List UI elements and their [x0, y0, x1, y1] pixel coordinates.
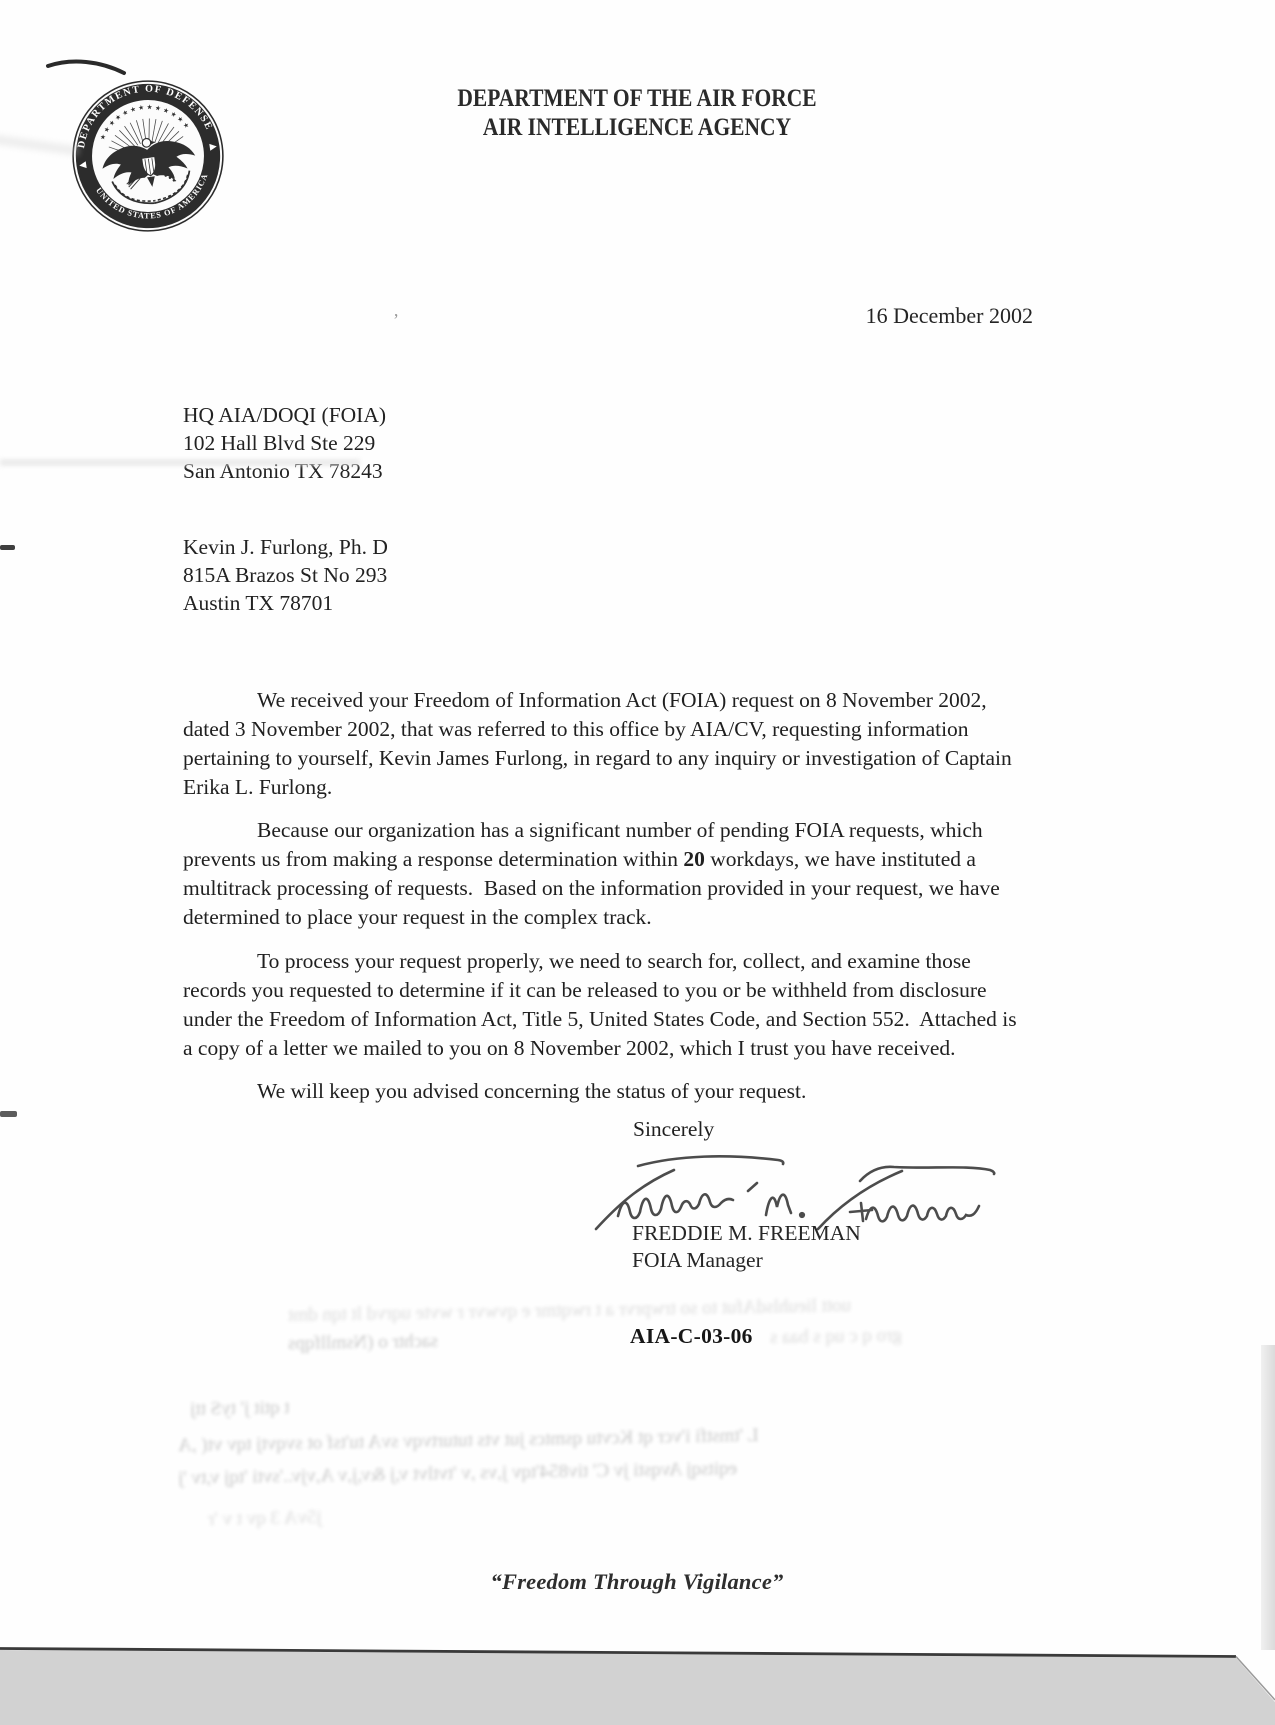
letter-date: 16 December 2002 — [793, 303, 1033, 329]
scan-smudge — [0, 134, 80, 156]
body-line: dated 3 November 2002, that was referred… — [183, 715, 1183, 744]
bleedthrough-artifact: L 'tmstfi i'vcr qt Kcvtu qsmtcs jut vts … — [178, 1425, 759, 1457]
department-of-defense-seal: DEPARTMENT OF DEFENSE UNITED STATES OF A… — [70, 78, 226, 234]
requester-address-line: Austin TX 78701 — [183, 589, 388, 617]
body-line: prevents us from making a response deter… — [183, 845, 1183, 874]
signer-title: FOIA Manager — [632, 1247, 861, 1274]
scan-pen-mark — [44, 56, 134, 82]
office-address-line: 102 Hall Blvd Ste 229 — [183, 429, 386, 457]
bleedthrough-artifact: gro q c uq s baa s — [770, 1325, 902, 1349]
bleedthrough-artifact: sachtr o (Nsmllfqps — [288, 1331, 438, 1356]
letterhead-line-1: DEPARTMENT OF THE AIR FORCE — [379, 84, 895, 113]
signer-name: FREDDIE M. FREEMAN — [632, 1220, 861, 1247]
letter-body: We received your Freedom of Information … — [183, 671, 1183, 1121]
body-line-segment: prevents us from making a response deter… — [183, 847, 683, 871]
requester-address-line: 815A Brazos St No 293 — [183, 561, 388, 589]
scanner-bed-area — [0, 1642, 1275, 1725]
body-line: under the Freedom of Information Act, Ti… — [183, 1005, 1183, 1034]
signature-block: FREDDIE M. FREEMAN FOIA Manager — [632, 1220, 861, 1274]
body-line: records you requested to determine if it… — [183, 976, 1183, 1005]
body-line-segment: workdays, we have instituted a — [705, 847, 976, 871]
body-line: determined to place your request in the … — [183, 903, 1183, 932]
bleedthrough-artifact: t qtit j' tyS ttj — [190, 1397, 290, 1421]
body-line: Because our organization has a significa… — [183, 816, 1183, 845]
closing-sincerely: Sincerely — [633, 1115, 714, 1144]
office-address-block: HQ AIA/DOQI (FOIA) 102 Hall Blvd Ste 229… — [183, 401, 386, 485]
requester-address-line: Kevin J. Furlong, Ph. D — [183, 533, 388, 561]
body-line: Erika L. Furlong. — [183, 773, 1183, 802]
body-line: multitrack processing of requests. Based… — [183, 874, 1183, 903]
scan-speck: ’ — [393, 310, 399, 331]
bleedthrough-artifact: j5vA 3 qv t v 'r — [208, 1507, 322, 1531]
margin-tick-mark — [0, 545, 15, 550]
bleedthrough-artifact: eqitsqj Avqsti jv C' tiv854'tqv j,vs ,v … — [178, 1458, 737, 1490]
workdays-count-bold: 20 — [683, 847, 705, 871]
bleedthrough-artifact: uott lieuhlsdAfut to so trwprvr a t rwqt… — [288, 1295, 851, 1327]
letterhead: DEPARTMENT OF THE AIR FORCE AIR INTELLIG… — [337, 84, 937, 142]
scanned-letter-page: DEPARTMENT OF DEFENSE UNITED STATES OF A… — [0, 0, 1275, 1725]
scan-right-edge-shadow — [1261, 1345, 1275, 1650]
letterhead-line-2: AIR INTELLIGENCE AGENCY — [379, 113, 895, 142]
body-line: To process your request properly, we nee… — [183, 947, 1183, 976]
body-line: pertaining to yourself, Kevin James Furl… — [183, 744, 1183, 773]
office-address-line: HQ AIA/DOQI (FOIA) — [183, 401, 386, 429]
requester-address-block: Kevin J. Furlong, Ph. D 815A Brazos St N… — [183, 533, 388, 617]
margin-tick-mark — [0, 1111, 17, 1117]
body-line: We received your Freedom of Information … — [183, 686, 1183, 715]
scan-streak — [0, 459, 360, 466]
body-line: We will keep you advised concerning the … — [183, 1077, 1183, 1106]
body-line: a copy of a letter we mailed to you on 8… — [183, 1034, 1183, 1063]
case-number: AIA-C-03-06 — [630, 1324, 753, 1349]
footer-motto: “Freedom Through Vigilance” — [337, 1569, 937, 1595]
